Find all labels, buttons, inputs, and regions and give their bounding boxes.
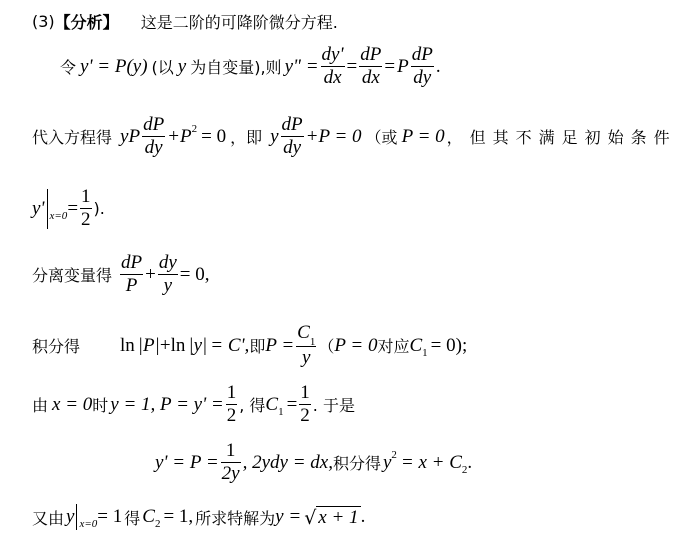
subscript: 2 — [462, 464, 468, 476]
math-expr: = 1 — [97, 506, 122, 528]
fraction: dPdy — [142, 114, 165, 159]
fraction: dPdx — [359, 44, 382, 89]
text: , 得 — [239, 393, 265, 416]
line-initial-condition: y' x=0 = 12 ). — [32, 186, 105, 231]
text: （或 — [366, 125, 398, 148]
math-var: y — [66, 506, 74, 528]
math-expr: = x + C — [401, 452, 462, 474]
math-expr: +P — [167, 126, 191, 148]
fraction: dPP — [120, 252, 143, 297]
text: 由 — [32, 393, 48, 416]
math-var: P — [397, 56, 409, 78]
text: 得 — [124, 506, 140, 529]
text: ). — [94, 199, 105, 218]
superscript: 2 — [192, 123, 198, 135]
fraction: 12 — [226, 382, 238, 427]
section-intro: 这是二阶的可降阶微分方程. — [141, 10, 338, 33]
math-expr: y = 1, P = y' = — [110, 394, 223, 416]
section-number: (3) — [32, 12, 55, 31]
math-expr: y' — [32, 198, 45, 220]
equals: = — [384, 56, 395, 78]
fraction: 12 — [299, 382, 311, 427]
math-expr: y" = — [285, 56, 319, 78]
period: . — [436, 56, 441, 78]
math-expr: = C', — [210, 335, 249, 357]
math-expr: x = 0 — [52, 394, 92, 416]
math-var: y — [383, 452, 391, 474]
math-expr: P = 0 — [402, 126, 445, 148]
sqrt: √ x + 1 — [304, 506, 360, 529]
fraction: dPdy — [281, 114, 304, 159]
subscript: 1 — [422, 347, 428, 359]
period: . — [361, 506, 366, 528]
fraction: dyy — [158, 252, 178, 297]
math-expr: |P| — [138, 335, 160, 357]
line-constant-c1: 由 x = 0 时 y = 1, P = y' = 12 , 得 C1 = 12… — [32, 382, 355, 427]
math-expr: y' = P(y) — [80, 56, 148, 78]
text: ，即 — [230, 125, 262, 148]
math-fn: ln — [120, 335, 135, 357]
math-var: C — [265, 394, 278, 416]
math-expr: = 1, — [163, 506, 193, 528]
math-expr: yP — [120, 126, 140, 148]
math-expr: P = — [265, 335, 294, 357]
fraction: dy'dx — [321, 44, 345, 89]
fraction: C1y — [296, 322, 316, 369]
text: . 于是 — [313, 393, 355, 416]
section-label: 【分析】 — [55, 10, 119, 33]
text: 所求特解为 — [195, 506, 275, 529]
subscript: x=0 — [79, 518, 97, 530]
subscript: 1 — [278, 406, 284, 418]
text: 又由 — [32, 506, 64, 529]
text: 即 — [249, 334, 265, 357]
math-expr: = 0); — [431, 335, 468, 357]
math-expr: y = — [275, 506, 301, 528]
section-header: (3) 【分析】 这是二阶的可降阶微分方程. — [32, 10, 338, 33]
superscript: 2 — [391, 449, 397, 461]
text: 对应 — [377, 334, 409, 357]
math-expr: = 0 — [201, 126, 226, 148]
equals: = — [67, 198, 78, 220]
math-var: y — [270, 126, 278, 148]
text: ，但其不满足初始条件 — [447, 125, 677, 148]
text: 分离变量得 — [32, 263, 112, 286]
line-separation: 分离变量得 dPP + dyy = 0, — [32, 252, 210, 297]
evaluation-bar — [76, 504, 77, 530]
fraction: 12y — [221, 440, 241, 485]
period: . — [467, 452, 472, 474]
text: 为自变量),则 — [190, 55, 281, 78]
line-substitution: 令 y' = P(y) (以 y 为自变量),则 y" = dy'dx = dP… — [60, 44, 441, 89]
text: 时 — [92, 393, 108, 416]
subscript: x=0 — [50, 210, 68, 222]
math-expr: +P = 0 — [306, 126, 362, 148]
line-final-answer: 又由 y x=0 = 1 得 C2 = 1, 所求特解为 y = √ x + 1… — [32, 504, 365, 530]
evaluation-bar — [47, 189, 48, 229]
plus: + — [145, 264, 156, 286]
text: (以 — [152, 55, 174, 78]
text: （ — [318, 334, 334, 357]
text: 代入方程得 — [32, 125, 112, 148]
radical-icon: √ — [304, 507, 316, 529]
line-integration: 积分得 ln |P| + ln |y| = C', 即 P = C1y （ P … — [32, 322, 467, 369]
math-fn: ln — [171, 335, 186, 357]
math-expr: = 0, — [180, 264, 210, 286]
math-expr: y' = P = — [155, 452, 219, 474]
fraction: 12 — [80, 186, 92, 231]
equals: = — [347, 56, 358, 78]
text: 令 — [60, 55, 76, 78]
text: 积分得 — [333, 451, 381, 474]
line-plug-in: 代入方程得 yP dPdy +P2 = 0 ，即 y dPdy +P = 0 （… — [32, 114, 677, 159]
subscript: 2 — [155, 518, 161, 530]
math-var: C — [142, 506, 155, 528]
radicand: x + 1 — [316, 506, 360, 529]
math-var: y — [178, 56, 186, 78]
math-expr: P = 0 — [334, 335, 377, 357]
plus: + — [160, 335, 171, 357]
math-expr: |y| — [188, 335, 207, 357]
math-var: C — [409, 335, 422, 357]
equals: = — [287, 394, 298, 416]
text: 积分得 — [32, 334, 80, 357]
line-solve-y: y' = P = 12y , 2ydy = dx, 积分得 y2 = x + C… — [155, 440, 472, 485]
fraction: dPdy — [411, 44, 434, 89]
math-expr: , 2ydy = dx, — [243, 452, 333, 474]
